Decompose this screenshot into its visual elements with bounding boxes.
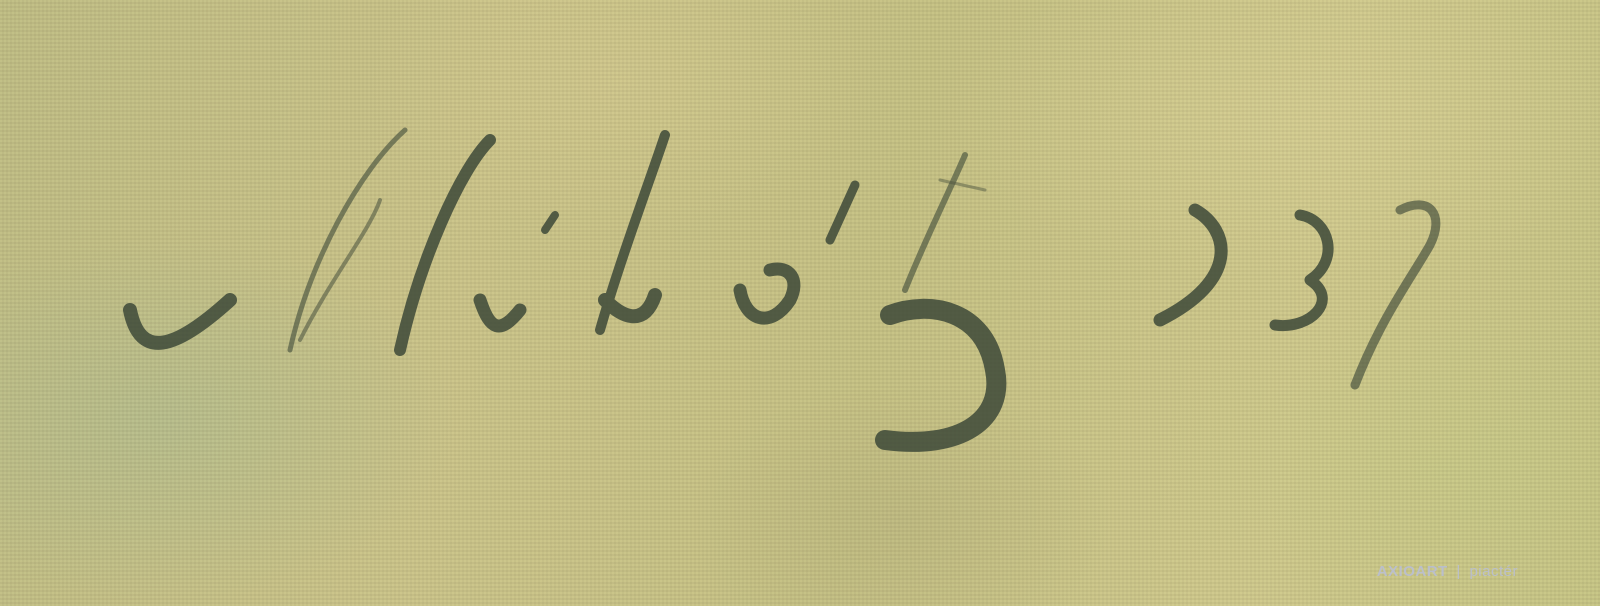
watermark: AXIOART | piactér	[1377, 563, 1518, 580]
watermark-label: piactér	[1469, 563, 1518, 580]
watermark-separator: |	[1456, 563, 1460, 580]
watermark-brand: AXIOART	[1377, 563, 1448, 580]
painting-canvas: Miháiz 937 AXIOART | piactér	[0, 0, 1600, 606]
signature-strokes	[0, 0, 1600, 606]
